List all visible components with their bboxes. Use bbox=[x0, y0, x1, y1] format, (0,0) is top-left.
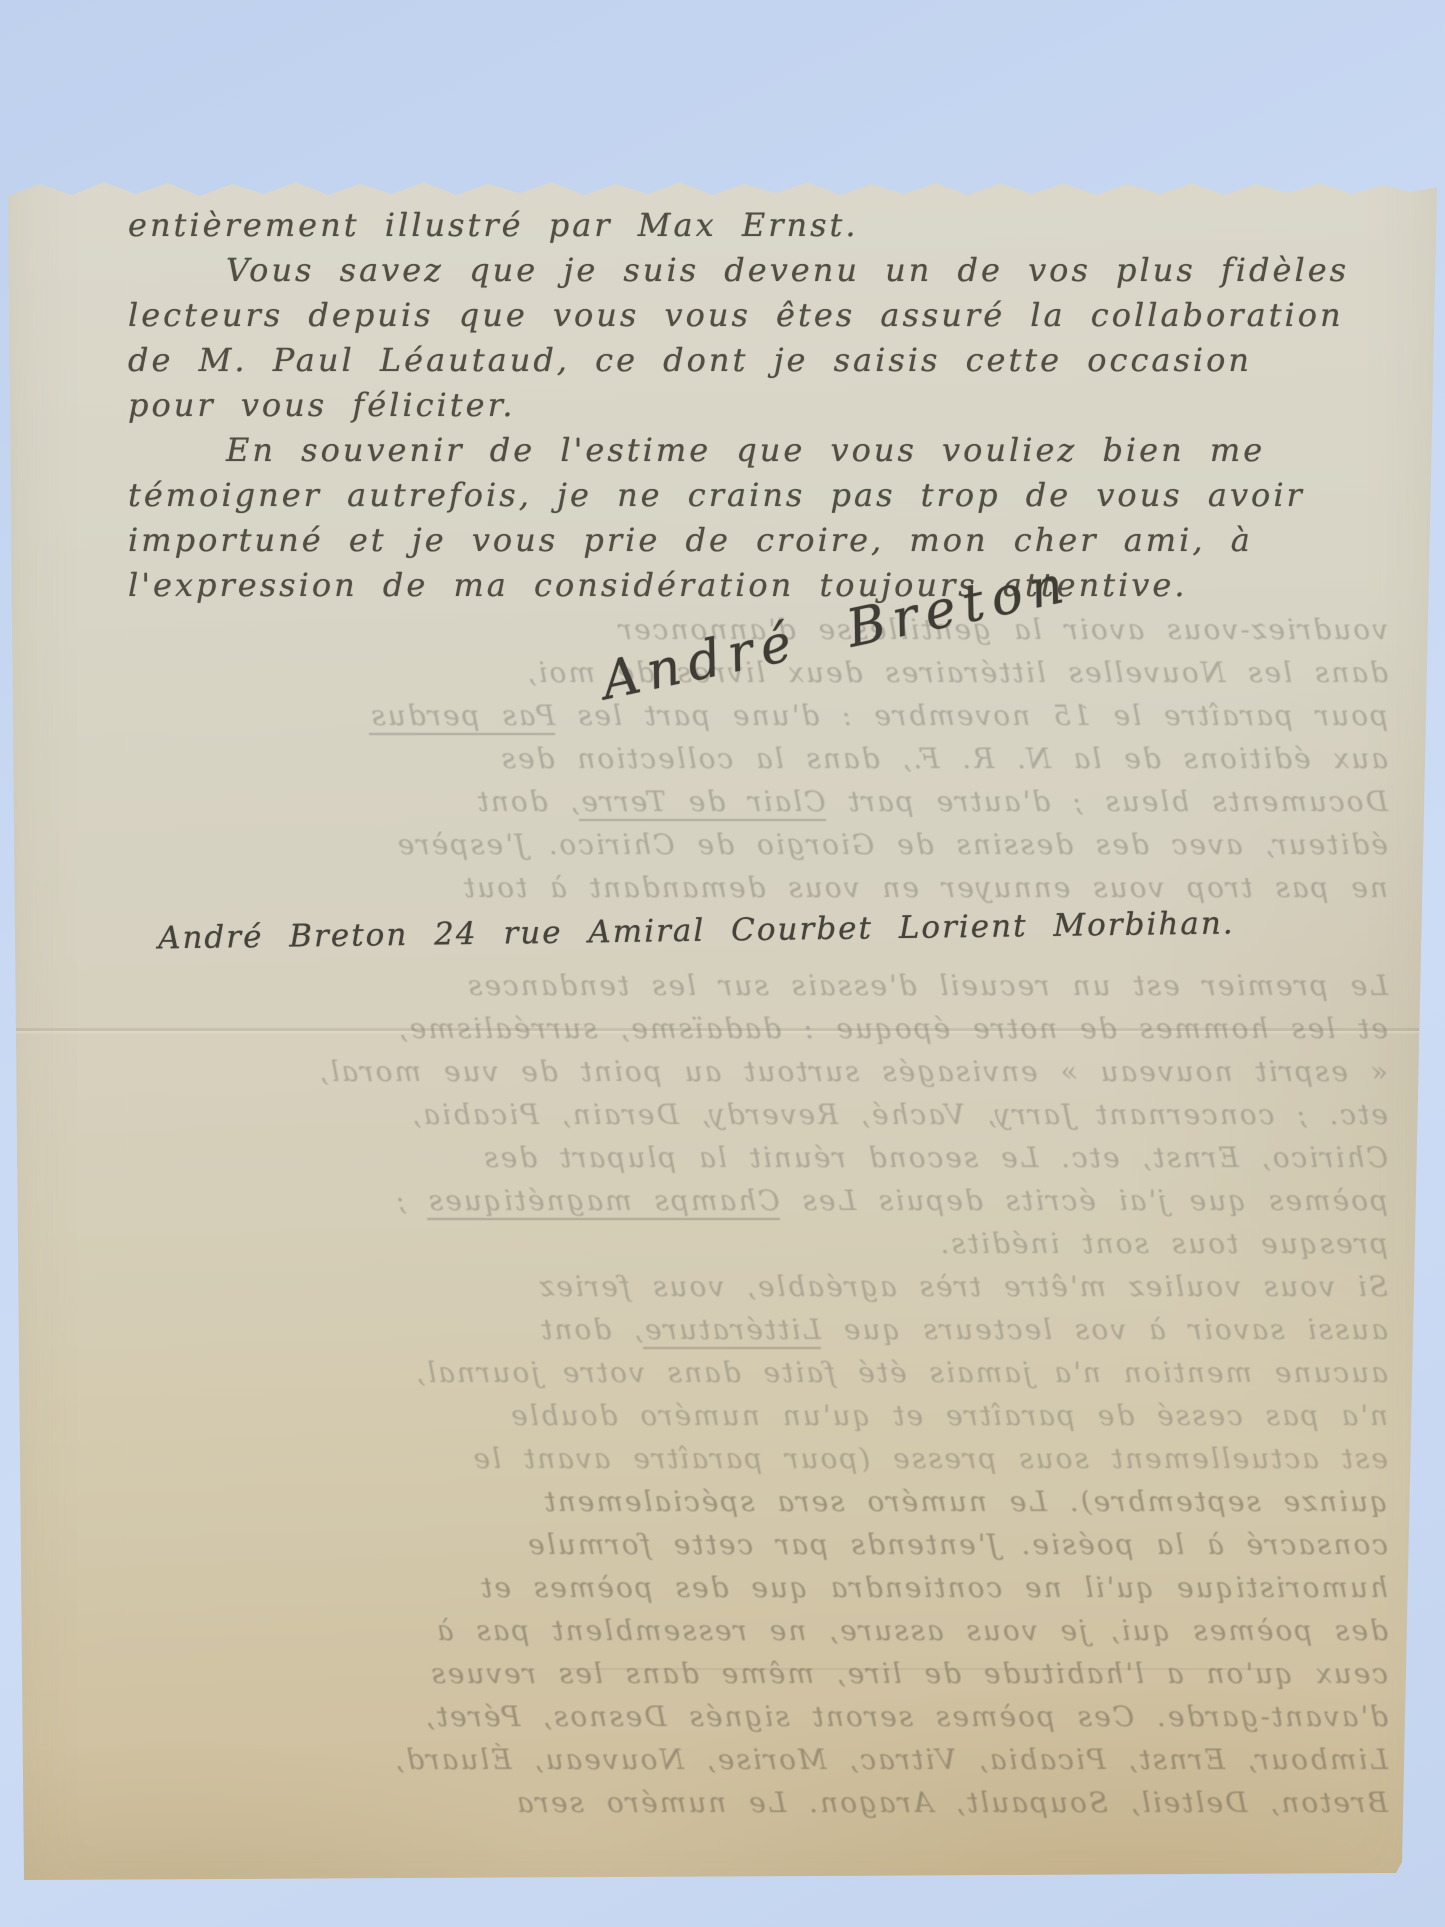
underlined-title: Littérature bbox=[643, 1313, 821, 1349]
bleedthrough-line: Breton, Delteil, Soupault, Aragon. Le nu… bbox=[58, 1781, 1388, 1824]
bleedthrough-line: aussi savoir à vos lecteurs que Littérat… bbox=[58, 1308, 1388, 1351]
bleedthrough-line: aux éditions de la N. R. F., dans la col… bbox=[58, 737, 1388, 780]
bleedthrough-line: ne pas trop vous ennuyer en vous demanda… bbox=[58, 866, 1388, 909]
bleedthrough-line: n'a pas cessé de paraître et qu'un numér… bbox=[58, 1394, 1388, 1437]
bleedthrough-line: « esprit nouveau » envisagés surtout au … bbox=[58, 1050, 1388, 1093]
bleedthrough-line: est actuellement sous presse (pour paraî… bbox=[58, 1437, 1388, 1480]
handwriting-line: lecteurs depuis que vous vous êtes assur… bbox=[128, 293, 1378, 338]
underlined-title: Clair de Terre bbox=[579, 785, 825, 821]
bleedthrough-line: et les hommes de notre époque : dadaïsme… bbox=[58, 1007, 1388, 1050]
handwriting-line: de M. Paul Léautaud, ce dont je saisis c… bbox=[128, 338, 1378, 383]
bleedthrough-line: presque tous sont inédits. bbox=[58, 1222, 1388, 1265]
handwriting-line: Vous savez que je suis devenu un de vos … bbox=[128, 248, 1378, 293]
underlined-title: Champs magnétiques bbox=[427, 1184, 780, 1220]
bleedthrough-line: etc. ; concernant Jarry, Vaché, Reverdy,… bbox=[58, 1093, 1388, 1136]
letter-paper: voudriez-vous avoir la gentillesse d'ann… bbox=[0, 0, 1445, 1927]
bleedthrough-line: pour paraître le 15 novembre : d'une par… bbox=[58, 694, 1388, 737]
bleedthrough-line: Documents bleus ; d'autre part Clair de … bbox=[58, 780, 1388, 823]
handwriting-line: En souvenir de l'estime que vous vouliez… bbox=[128, 428, 1378, 473]
bleedthrough-line: Chirico, Ernst, etc. Le second réunit la… bbox=[58, 1136, 1388, 1179]
bleedthrough-line: ceux qu'on a l'habitude de lire, même da… bbox=[58, 1652, 1388, 1695]
bleedthrough-text: voudriez-vous avoir la gentillesse d'ann… bbox=[58, 608, 1388, 1824]
underlined-title: Pas perdus bbox=[369, 699, 555, 735]
bleedthrough-line: aucune mention n'a jamais été faite dans… bbox=[58, 1351, 1388, 1394]
bleedthrough-line: Le premier est un recueil d'essais sur l… bbox=[58, 964, 1388, 1007]
bleedthrough-line: consacré à la poésie. J'entends par cett… bbox=[58, 1523, 1388, 1566]
bleedthrough-line: Limbour, Ernst, Picabia, Vitrac, Morise,… bbox=[58, 1738, 1388, 1781]
bleedthrough-line: humoristique qu'il ne contiendra que des… bbox=[58, 1566, 1388, 1609]
handwriting-line: entièrement illustré par Max Ernst. bbox=[128, 203, 1378, 248]
bleedthrough-line: quinze septembre). Le numéro sera spécia… bbox=[58, 1480, 1388, 1523]
letter-photo: voudriez-vous avoir la gentillesse d'ann… bbox=[0, 0, 1445, 1927]
handwriting-line: témoigner autrefois, je ne crains pas tr… bbox=[128, 473, 1378, 518]
bleedthrough-line: d'avant-garde. Ces poèmes seront signés … bbox=[58, 1695, 1388, 1738]
bleedthrough-line: des poèmes qui, je vous assure, ne resse… bbox=[58, 1609, 1388, 1652]
bleedthrough-line: poèmes que j'ai écrits depuis Les Champs… bbox=[58, 1179, 1388, 1222]
bleedthrough-line: éditeur, avec des dessins de Giorgio de … bbox=[58, 823, 1388, 866]
bleedthrough-line: Si vous vouliez m'être très agréable, vo… bbox=[58, 1265, 1388, 1308]
handwriting-line: pour vous féliciter. bbox=[128, 383, 1378, 428]
